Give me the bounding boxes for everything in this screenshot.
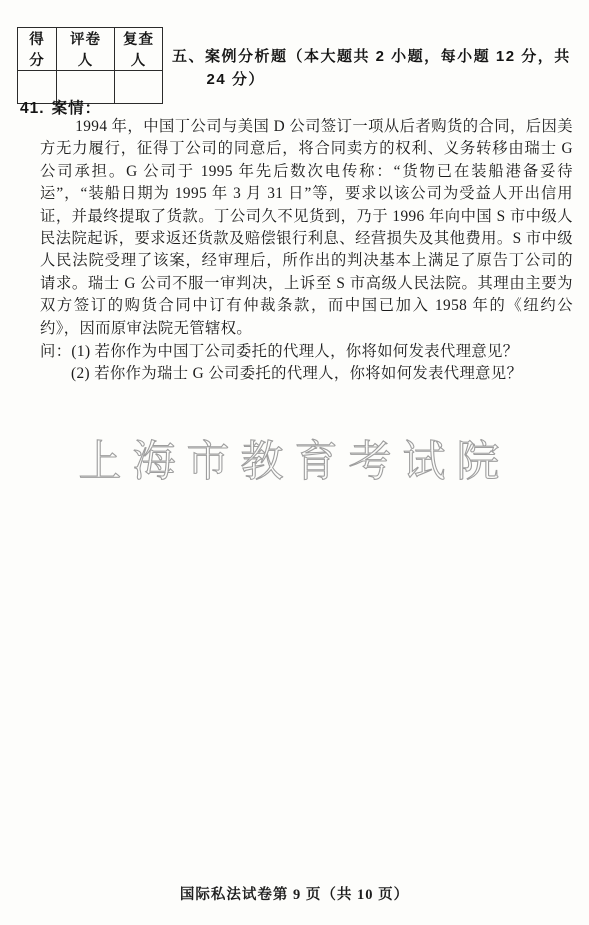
sub-question-1-line: 问： (1) 若你作为中国丁公司委托的代理人，你将如何发表代理意见？	[40, 341, 573, 363]
section-heading: 五、案例分析题（本大题共 2 小题，每小题 12 分，共 24 分）	[172, 45, 578, 91]
reviewer-value-cell	[115, 71, 163, 104]
ask-label: 问：	[40, 341, 71, 363]
grader-header-cell: 评卷人	[57, 28, 115, 71]
case-facts-label: 案情：	[52, 100, 102, 117]
questions-block: 问： (1) 若你作为中国丁公司委托的代理人，你将如何发表代理意见？ (2) 若…	[40, 341, 573, 386]
case-content: 1994 年，中国丁公司与美国 D 公司签订一项从后者购货的合同，后因美方无力履…	[40, 116, 573, 386]
question-number: 41.	[20, 100, 45, 117]
case-body-paragraph: 1994 年，中国丁公司与美国 D 公司签订一项从后者购货的合同，后因美方无力履…	[40, 116, 573, 340]
reviewer-header-cell: 复查人	[115, 28, 163, 71]
question-41-line: 41.案情：	[20, 96, 101, 118]
sub-question-1: (1) 若你作为中国丁公司委托的代理人，你将如何发表代理意见？	[71, 341, 518, 363]
sub-question-2-line: (2) 若你作为瑞士 G 公司委托的代理人，你将如何发表代理意见？	[40, 363, 573, 385]
exam-page: 得分 评卷人 复查人 五、案例分析题（本大题共 2 小题，每小题 12 分，共 …	[0, 0, 589, 925]
sub-question-2: (2) 若你作为瑞士 G 公司委托的代理人，你将如何发表代理意见？	[71, 363, 522, 385]
score-header-cell: 得分	[18, 28, 57, 71]
score-table: 得分 评卷人 复查人	[17, 27, 163, 104]
score-table-header-row: 得分 评卷人 复查人	[18, 28, 163, 71]
watermark-text: 上海市教育考试院	[0, 428, 589, 489]
page-footer: 国际私法试卷第 9 页（共 10 页）	[0, 883, 589, 904]
